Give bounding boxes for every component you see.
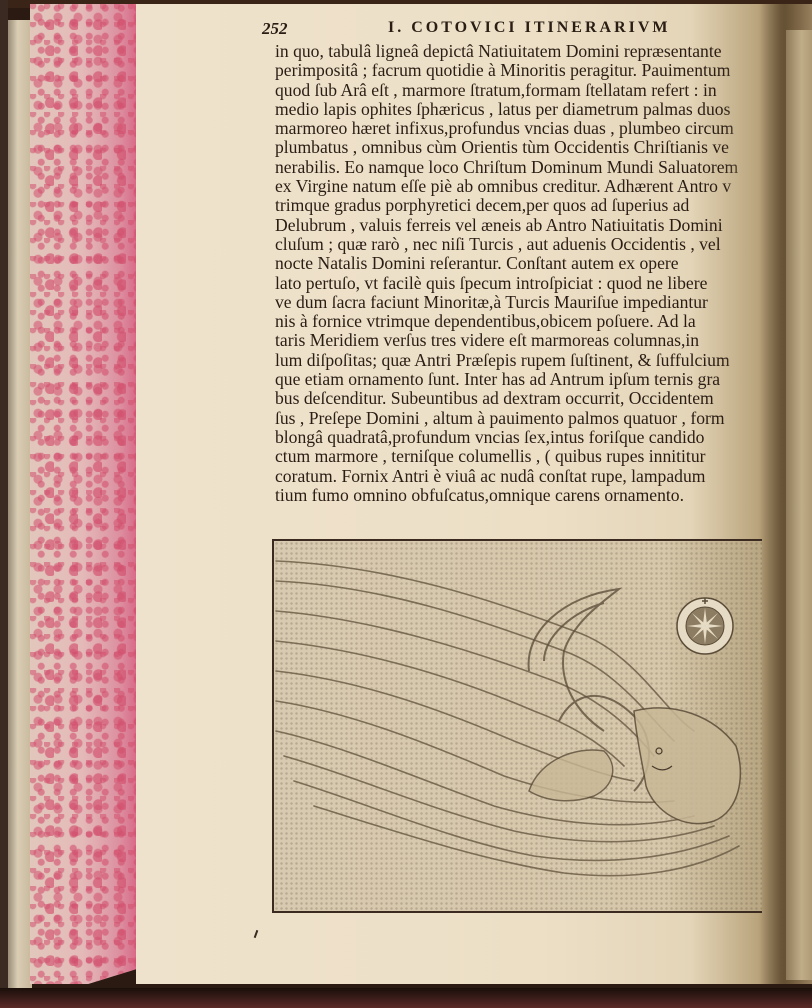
compass-rose-icon <box>675 596 735 656</box>
red-sprinkled-page-edges <box>30 4 136 984</box>
text-line: plumbatus , omnibus cùm Orientis tùm Occ… <box>275 138 795 157</box>
text-line: cluſum ; quæ rarò , nec niſi Turcis , au… <box>275 235 795 254</box>
text-line: medio lapis ophites ſphæricus , latus pe… <box>275 100 795 119</box>
text-line: blongâ quadratâ,profundum vncias ſex,int… <box>275 428 795 447</box>
text-line: ſus , Preſepe Domini , altum à pauimento… <box>275 409 795 428</box>
text-line: lato pertuſo, vt facilè quis ſpecum intr… <box>275 274 795 293</box>
text-line: ve dum ſacra faciunt Minoritæ,à Turcis M… <box>275 293 795 312</box>
page-header: 252 I. COTOVICI ITINERARIVM <box>262 19 782 39</box>
facing-page-edge <box>786 30 812 980</box>
text-line: bus deſcenditur. Subeuntibus ad dextram … <box>275 389 795 408</box>
page-number: 252 <box>262 19 288 39</box>
text-line: perimpositâ ; facrum quotidie à Minoriti… <box>275 61 795 80</box>
text-line: tium fumo omnino obfuſcatus,omnique care… <box>275 486 795 505</box>
text-line: que etiam ornamento ſunt. Inter has ad A… <box>275 370 795 389</box>
body-text: in quo, tabulâ ligneâ depictâ Natiuitate… <box>275 42 795 505</box>
book-cover-edge <box>0 0 8 1008</box>
text-line: ctum marmore , terniſque columellis , ( … <box>275 447 795 466</box>
text-line: taris Meridiem verſus tres videre eſt ma… <box>275 331 795 350</box>
text-line: marmoreo hæret infixus,profundus vncias … <box>275 119 795 138</box>
text-line: nerabilis. Eo namque loco Chriſtum Domin… <box>275 158 795 177</box>
book-cover-board <box>8 20 32 988</box>
text-line: ex Virgine natum eſſe piè ab omnibus cre… <box>275 177 795 196</box>
engraved-illustration <box>272 541 762 913</box>
text-line: in quo, tabulâ ligneâ depictâ Natiuitate… <box>275 42 795 61</box>
text-line: nocte Natalis Domini reſerantur. Conſtan… <box>275 254 795 273</box>
text-line: nis à fornice vtrimque dependentibus,obi… <box>275 312 795 331</box>
text-line: lum diſpoſitas; quæ Antri Præſepis rupem… <box>275 351 795 370</box>
text-line: Delubrum , valuis ferreis vel æneis ab A… <box>275 216 795 235</box>
bottom-shadow <box>0 988 812 1008</box>
text-line: quod ſub Arâ eſt , marmore ſtratum,forma… <box>275 81 795 100</box>
text-line: trimque gradus porphyretici decem,per qu… <box>275 196 795 215</box>
running-title: I. COTOVICI ITINERARIVM <box>388 19 671 37</box>
text-line: coratum. Fornix Antri è viuâ ac nudâ con… <box>275 467 795 486</box>
